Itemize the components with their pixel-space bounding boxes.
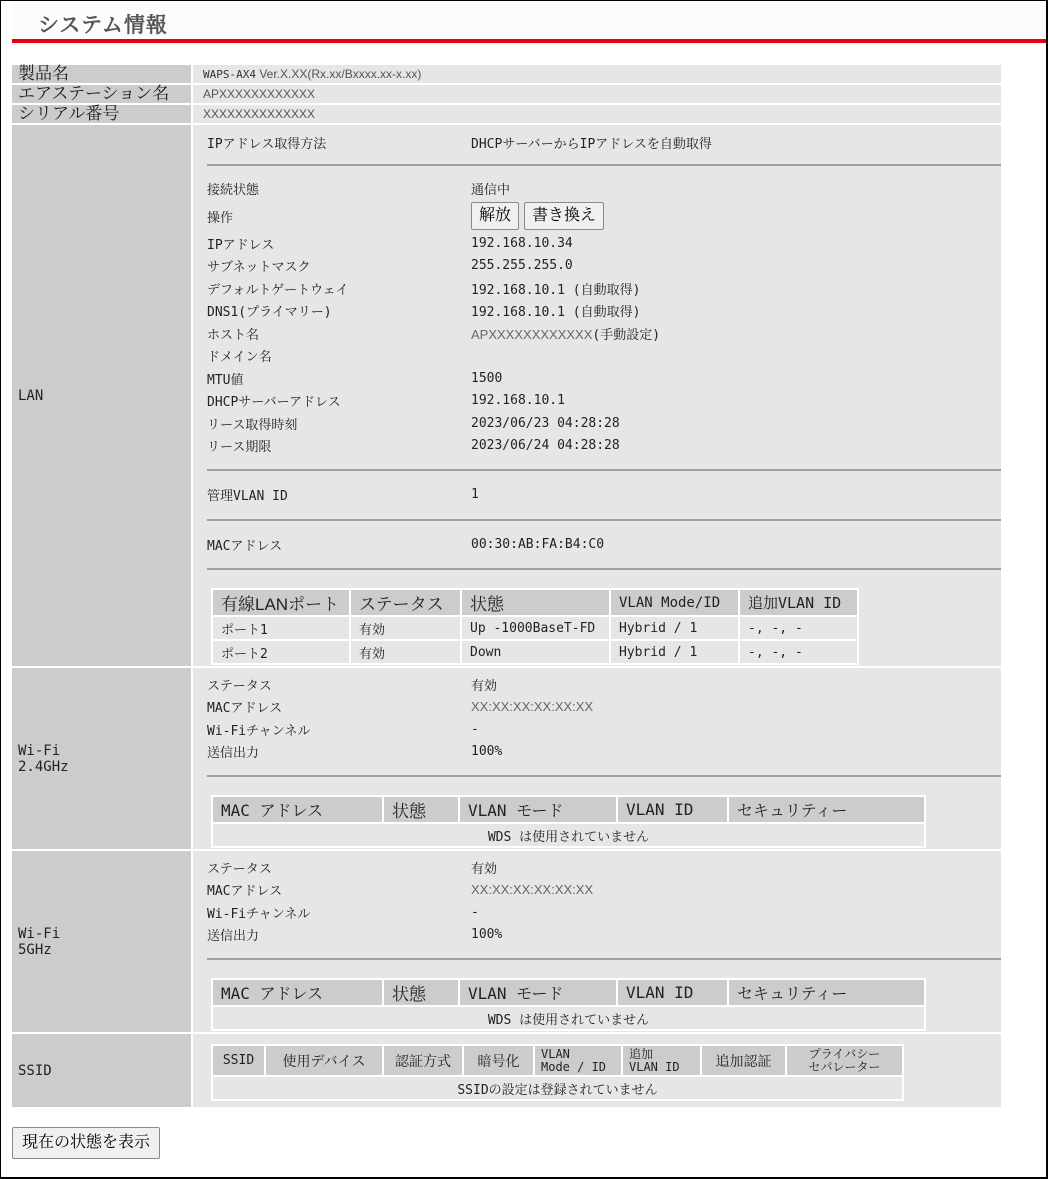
wifi5-label-line1: Wi-Fi [18, 926, 60, 942]
col-header-line1: 暗号化 [478, 1054, 520, 1070]
system-info-table: 製品名 WAPS-AX4 Ver.X.XX(Rx.xx/Bxxxx.xx-x.x… [12, 65, 1001, 1107]
wifi24-mac-label: MACアドレス [207, 697, 471, 716]
connection-state-row: 接続状態 通信中 [207, 178, 1001, 201]
ssid-section: SSID SSID 使用デバイス 認証方式 暗号化 VLANMode / ID … [12, 1034, 1001, 1107]
hostname-row: ホスト名 APXXXXXXXXXXXX(手動設定) [207, 322, 1001, 345]
col-header-line1: SSID [223, 1053, 254, 1068]
wifi24-mac-value: XX:XX:XX:XX:XX:XX [471, 699, 1001, 714]
col-header: セキュリティー [728, 979, 925, 1006]
ip-method-row: IPアドレス取得方法 DHCPサーバーからIPアドレスを自動取得 [207, 131, 1001, 154]
port-state: Up -1000BaseT-FD [461, 616, 610, 640]
table-row: ポート2 有効 Down Hybrid / 1 -, -, - [212, 640, 858, 664]
col-header: 追加VLAN ID [739, 589, 858, 616]
lease-expiry-value: 2023/06/24 04:28:28 [471, 438, 1001, 453]
col-header: 認証方式 [383, 1045, 463, 1076]
gateway-value: 192.168.10.1 (自動取得) [471, 279, 1001, 298]
col-header: VLAN Mode/ID [610, 589, 739, 616]
wifi24-label-line1: Wi-Fi [18, 743, 60, 759]
table-row: WDS は使用されていません [212, 823, 925, 847]
port-status: 有効 [350, 640, 461, 664]
port-state: Down [461, 640, 610, 664]
wifi5-status-row: ステータス 有効 [207, 856, 1001, 879]
hostname-suffix: (手動設定) [592, 328, 660, 343]
port-name: ポート1 [212, 616, 350, 640]
wifi5-channel-label: Wi-Fiチャンネル [207, 903, 471, 922]
product-name-value: WAPS-AX4 Ver.X.XX(Rx.xx/Bxxxx.xx-x.xx) [193, 65, 1001, 83]
col-header: 状態 [383, 796, 459, 823]
divider [207, 469, 1001, 471]
wifi5-power-value: 100% [471, 927, 1001, 942]
col-header-line2: VLAN ID [629, 1060, 680, 1074]
dhcp-server-row: DHCPサーバーアドレス 192.168.10.1 [207, 390, 1001, 413]
wifi24-mac-row: MACアドレス XX:XX:XX:XX:XX:XX [207, 696, 1001, 719]
divider [207, 568, 1001, 570]
wifi5-power-row: 送信出力 100% [207, 924, 1001, 947]
wifi24-power-label: 送信出力 [207, 742, 471, 761]
table-row: ポート1 有効 Up -1000BaseT-FD Hybrid / 1 -, -… [212, 616, 858, 640]
wifi5-label-line2: 5GHz [18, 942, 52, 958]
lan-section-label: LAN [12, 125, 193, 666]
product-name-label: 製品名 [12, 65, 193, 83]
wifi5-section-label: Wi-Fi 5GHz [12, 851, 193, 1032]
divider [207, 519, 1001, 521]
dhcp-server-label: DHCPサーバーアドレス [207, 391, 471, 410]
renew-button[interactable]: 書き換え [524, 202, 604, 230]
mac-value: 00:30:AB:FA:B4:C0 [471, 537, 1001, 552]
serial-value: XXXXXXXXXXXXXX [193, 105, 1001, 123]
port-extra-vlan: -, -, - [739, 640, 858, 664]
connection-state-value: 通信中 [471, 179, 1001, 198]
wds-empty-message: WDS は使用されていません [212, 1006, 925, 1030]
wifi5-power-label: 送信出力 [207, 925, 471, 944]
wifi24-section-content: ステータス 有効 MACアドレス XX:XX:XX:XX:XX:XX Wi-Fi… [193, 668, 1001, 849]
port-vlan: Hybrid / 1 [610, 616, 739, 640]
col-header: VLAN モード [459, 979, 617, 1006]
connection-state-label: 接続状態 [207, 179, 471, 198]
col-header: MAC アドレス [212, 796, 383, 823]
divider [207, 775, 1001, 777]
wifi5-section-content: ステータス 有効 MACアドレス XX:XX:XX:XX:XX:XX Wi-Fi… [193, 851, 1001, 1032]
release-button[interactable]: 解放 [471, 202, 519, 230]
col-header: VLANMode / ID [534, 1045, 622, 1076]
mgmt-vlan-row: 管理VLAN ID 1 [207, 483, 1001, 506]
wifi24-status-value: 有効 [471, 675, 1001, 694]
airstation-name-label: エアステーション名 [12, 85, 193, 103]
dns1-label: DNS1(プライマリー) [207, 301, 471, 320]
subnet-label: サブネットマスク [207, 256, 471, 275]
ssid-table: SSID 使用デバイス 認証方式 暗号化 VLANMode / ID 追加VLA… [211, 1044, 904, 1101]
lease-time-label: リース取得時刻 [207, 414, 471, 433]
col-header: MAC アドレス [212, 979, 383, 1006]
wds-empty-message: WDS は使用されていません [212, 823, 925, 847]
operation-buttons: 解放書き換え [471, 202, 1001, 230]
wifi5-status-label: ステータス [207, 858, 471, 877]
product-name-row: 製品名 WAPS-AX4 Ver.X.XX(Rx.xx/Bxxxx.xx-x.x… [12, 65, 1001, 85]
airstation-name-value: APXXXXXXXXXXXX [193, 85, 1001, 103]
col-header-line2: セパレーター [808, 1060, 880, 1074]
mgmt-vlan-label: 管理VLAN ID [207, 485, 471, 504]
title-underline [12, 39, 1046, 43]
serial-row: シリアル番号 XXXXXXXXXXXXXX [12, 105, 1001, 125]
wifi5-mac-value: XX:XX:XX:XX:XX:XX [471, 882, 1001, 897]
port-extra-vlan: -, -, - [739, 616, 858, 640]
gateway-row: デフォルトゲートウェイ 192.168.10.1 (自動取得) [207, 277, 1001, 300]
divider [207, 958, 1001, 960]
wifi5-channel-value: - [471, 905, 1001, 920]
airstation-name-row: エアステーション名 APXXXXXXXXXXXX [12, 85, 1001, 105]
refresh-status-button[interactable]: 現在の状態を表示 [12, 1127, 160, 1159]
operation-label: 操作 [207, 207, 471, 226]
port-name: ポート2 [212, 640, 350, 664]
gateway-label: デフォルトゲートウェイ [207, 279, 471, 298]
lease-time-row: リース取得時刻 2023/06/23 04:28:28 [207, 412, 1001, 435]
subnet-value: 255.255.255.0 [471, 258, 1001, 273]
subnet-row: サブネットマスク 255.255.255.0 [207, 255, 1001, 278]
col-header: 追加認証 [701, 1045, 786, 1076]
wifi24-channel-value: - [471, 722, 1001, 737]
col-header: VLAN モード [459, 796, 617, 823]
col-header: 状態 [383, 979, 459, 1006]
col-header: 追加VLAN ID [622, 1045, 701, 1076]
product-version: Ver.X.XX(Rx.xx/Bxxxx.xx-x.xx) [259, 67, 421, 81]
lease-time-value: 2023/06/23 04:28:28 [471, 416, 1001, 431]
title-bar: システム情報 [12, 1, 1046, 39]
wifi5-section: Wi-Fi 5GHz ステータス 有効 MACアドレス XX:XX:XX:XX:… [12, 851, 1001, 1034]
mgmt-vlan-value: 1 [471, 487, 1001, 502]
table-row: WDS は使用されていません [212, 1006, 925, 1030]
col-header: プライバシーセパレーター [786, 1045, 903, 1076]
col-header: ステータス [350, 589, 461, 616]
lease-expiry-row: リース期限 2023/06/24 04:28:28 [207, 435, 1001, 458]
port-vlan: Hybrid / 1 [610, 640, 739, 664]
ip-label: IPアドレス [207, 234, 471, 253]
col-header: 暗号化 [463, 1045, 534, 1076]
wifi24-section-label: Wi-Fi 2.4GHz [12, 668, 193, 849]
wifi24-status-label: ステータス [207, 675, 471, 694]
col-header: セキュリティー [728, 796, 925, 823]
ssid-section-label: SSID [12, 1034, 193, 1107]
mtu-label: MTU値 [207, 369, 471, 388]
operation-row: 操作 解放書き換え [207, 200, 1001, 232]
dns1-value: 192.168.10.1 (自動取得) [471, 301, 1001, 320]
col-header: 有線LANポート [212, 589, 350, 616]
mtu-value: 1500 [471, 371, 1001, 386]
product-model: WAPS-AX4 [203, 68, 256, 81]
wifi24-label-line2: 2.4GHz [18, 759, 69, 775]
table-row: SSIDの設定は登録されていません [212, 1076, 903, 1100]
col-header-line1: 認証方式 [395, 1054, 451, 1070]
wifi24-section: Wi-Fi 2.4GHz ステータス 有効 MACアドレス XX:XX:XX:X… [12, 668, 1001, 851]
wifi5-mac-row: MACアドレス XX:XX:XX:XX:XX:XX [207, 879, 1001, 902]
col-header: VLAN ID [617, 979, 728, 1006]
ssid-empty-message: SSIDの設定は登録されていません [212, 1076, 903, 1100]
col-header-line2: Mode / ID [541, 1060, 606, 1074]
ip-value: 192.168.10.34 [471, 236, 1001, 251]
wifi5-wds-table: MAC アドレス 状態 VLAN モード VLAN ID セキュリティー WDS… [211, 978, 926, 1031]
col-header: 使用デバイス [265, 1045, 383, 1076]
lan-section: LAN IPアドレス取得方法 DHCPサーバーからIPアドレスを自動取得 接続状… [12, 125, 1001, 668]
page-title: システム情報 [38, 9, 168, 39]
mac-row: MACアドレス 00:30:AB:FA:B4:C0 [207, 534, 1001, 557]
mtu-row: MTU値 1500 [207, 367, 1001, 390]
wifi5-status-value: 有効 [471, 858, 1001, 877]
divider [207, 164, 1001, 166]
wifi24-wds-table: MAC アドレス 状態 VLAN モード VLAN ID セキュリティー WDS… [211, 795, 926, 848]
lease-expiry-label: リース期限 [207, 436, 471, 455]
ip-row: IPアドレス 192.168.10.34 [207, 232, 1001, 255]
dns1-row: DNS1(プライマリー) 192.168.10.1 (自動取得) [207, 300, 1001, 323]
col-header-line1: 追加 [629, 1047, 653, 1061]
wifi24-channel-label: Wi-Fiチャンネル [207, 720, 471, 739]
serial-label: シリアル番号 [12, 105, 193, 123]
wifi5-channel-row: Wi-Fiチャンネル - [207, 901, 1001, 924]
ip-method-label: IPアドレス取得方法 [207, 133, 471, 152]
hostname-value: APXXXXXXXXXXXX [471, 327, 592, 342]
mac-label: MACアドレス [207, 535, 471, 554]
col-header-line1: プライバシー [809, 1047, 880, 1061]
wifi5-mac-label: MACアドレス [207, 880, 471, 899]
hostname-label: ホスト名 [207, 324, 471, 343]
col-header: SSID [212, 1045, 265, 1076]
lan-section-content: IPアドレス取得方法 DHCPサーバーからIPアドレスを自動取得 接続状態 通信… [193, 125, 1001, 666]
wifi24-status-row: ステータス 有効 [207, 673, 1001, 696]
wifi24-power-value: 100% [471, 744, 1001, 759]
ip-method-value: DHCPサーバーからIPアドレスを自動取得 [471, 133, 1001, 152]
ssid-section-content: SSID 使用デバイス 認証方式 暗号化 VLANMode / ID 追加VLA… [193, 1034, 1001, 1107]
port-status: 有効 [350, 616, 461, 640]
col-header-line1: 追加認証 [716, 1054, 772, 1070]
wifi24-power-row: 送信出力 100% [207, 741, 1001, 764]
col-header-line1: VLAN [541, 1047, 570, 1061]
col-header-line1: 使用デバイス [282, 1054, 365, 1070]
col-header: 状態 [461, 589, 610, 616]
domain-row: ドメイン名 [207, 345, 1001, 368]
wired-ports-table: 有線LANポート ステータス 状態 VLAN Mode/ID 追加VLAN ID… [211, 588, 859, 665]
domain-label: ドメイン名 [207, 346, 471, 365]
dhcp-server-value: 192.168.10.1 [471, 393, 1001, 408]
col-header: VLAN ID [617, 796, 728, 823]
wifi24-channel-row: Wi-Fiチャンネル - [207, 718, 1001, 741]
hostname-value-wrap: APXXXXXXXXXXXX(手動設定) [471, 324, 1001, 343]
